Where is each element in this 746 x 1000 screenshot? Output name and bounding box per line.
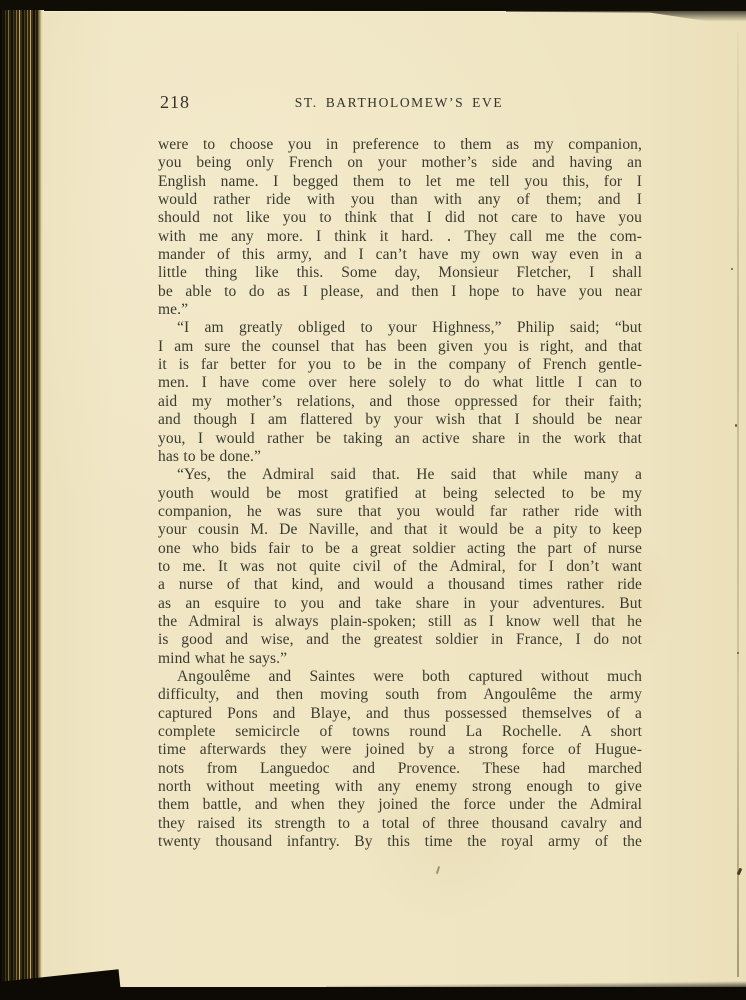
paragraph: “I am greatly obliged to your Highness,”… xyxy=(158,319,642,466)
text-line: “I am greatly obliged to your Highness,”… xyxy=(158,319,642,337)
paper-speck xyxy=(735,424,737,427)
text-line: it is far better for you to be in the co… xyxy=(158,356,642,374)
text-line: Angoulême and Saintes were both captured… xyxy=(158,668,642,686)
text-line: a nurse of that kind, and would a thousa… xyxy=(158,576,642,594)
text-line: is good and wise, and the greatest soldi… xyxy=(158,631,642,649)
text-line: “Yes, the Admiral said that. He said tha… xyxy=(158,466,642,484)
text-line: twenty thousand infantry. By this time t… xyxy=(158,833,642,851)
text-line: would rather ride with you than with any… xyxy=(158,191,642,209)
text-line: nots from Languedoc and Provence. These … xyxy=(158,760,642,778)
paper-speck xyxy=(731,268,733,270)
text-line: me.” xyxy=(158,301,642,319)
text-line: as an esquire to you and take share in y… xyxy=(158,595,642,613)
text-line: mander of this army, and I can’t have my… xyxy=(158,246,642,264)
page-text: were to choose you in preference to them… xyxy=(158,136,642,851)
paragraph: were to choose you in preference to them… xyxy=(158,136,642,319)
page-header: 218 ST. BARTHOLOMEW’S EVE xyxy=(158,92,640,111)
text-line: and though I am flattered by your wish t… xyxy=(158,411,642,429)
book-fore-edge-pages xyxy=(0,9,44,990)
paragraph: Angoulême and Saintes were both captured… xyxy=(158,668,642,851)
text-line: the Admiral is always plain-spoken; stil… xyxy=(158,613,642,631)
text-line: to me. It was not quite civil of the Adm… xyxy=(158,558,642,576)
text-line: were to choose you in preference to them… xyxy=(158,136,642,154)
text-line: them battle, and when they joined the fo… xyxy=(158,796,642,814)
text-line: north without meeting with any enemy str… xyxy=(158,778,642,796)
text-line: complete semicircle of towns round La Ro… xyxy=(158,723,642,741)
text-line: they raised its strength to a total of t… xyxy=(158,815,642,833)
running-header: ST. BARTHOLOMEW’S EVE xyxy=(158,92,640,111)
text-line: time afterwards they were joined by a st… xyxy=(158,741,642,759)
page-number: 218 xyxy=(160,92,190,113)
text-line: companion, he was sure that you would fa… xyxy=(158,503,642,521)
text-line: mind what he says.” xyxy=(158,650,642,668)
text-line: you being only French on your mother’s s… xyxy=(158,154,642,172)
photo-border-top xyxy=(0,0,746,10)
text-line: English name. I begged them to let me te… xyxy=(158,173,642,191)
text-line: be able to do as I please, and then I ho… xyxy=(158,283,642,301)
paragraph: “Yes, the Admiral said that. He said tha… xyxy=(158,466,642,668)
text-line: men. I have come over here solely to do … xyxy=(158,374,642,392)
text-line: captured Pons and Blaye, and thus posses… xyxy=(158,705,642,723)
text-line: should not like you to think that I did … xyxy=(158,209,642,227)
text-line: I am sure the counsel that has been give… xyxy=(158,338,642,356)
text-line: little thing like this. Some day, Monsie… xyxy=(158,264,642,282)
page-edge-crease xyxy=(737,32,739,977)
text-line: one who bids fair to be a great soldier … xyxy=(158,540,642,558)
paper-speck xyxy=(737,652,739,654)
book-page: 218 ST. BARTHOLOMEW’S EVE were to choose… xyxy=(44,11,746,987)
text-line: difficulty, and then moving south from A… xyxy=(158,686,642,704)
text-line: youth would be most gratified at being s… xyxy=(158,485,642,503)
text-line: aid my mother’s relations, and those opp… xyxy=(158,393,642,411)
text-line: with me any more. I think it hard. ․ The… xyxy=(158,228,642,246)
photo-border-bottom xyxy=(0,987,746,1000)
text-line: you, I would rather be taking an active … xyxy=(158,430,642,448)
text-line: has to be done.” xyxy=(158,448,642,466)
text-line: your cousin M. De Naville, and that it w… xyxy=(158,521,642,539)
